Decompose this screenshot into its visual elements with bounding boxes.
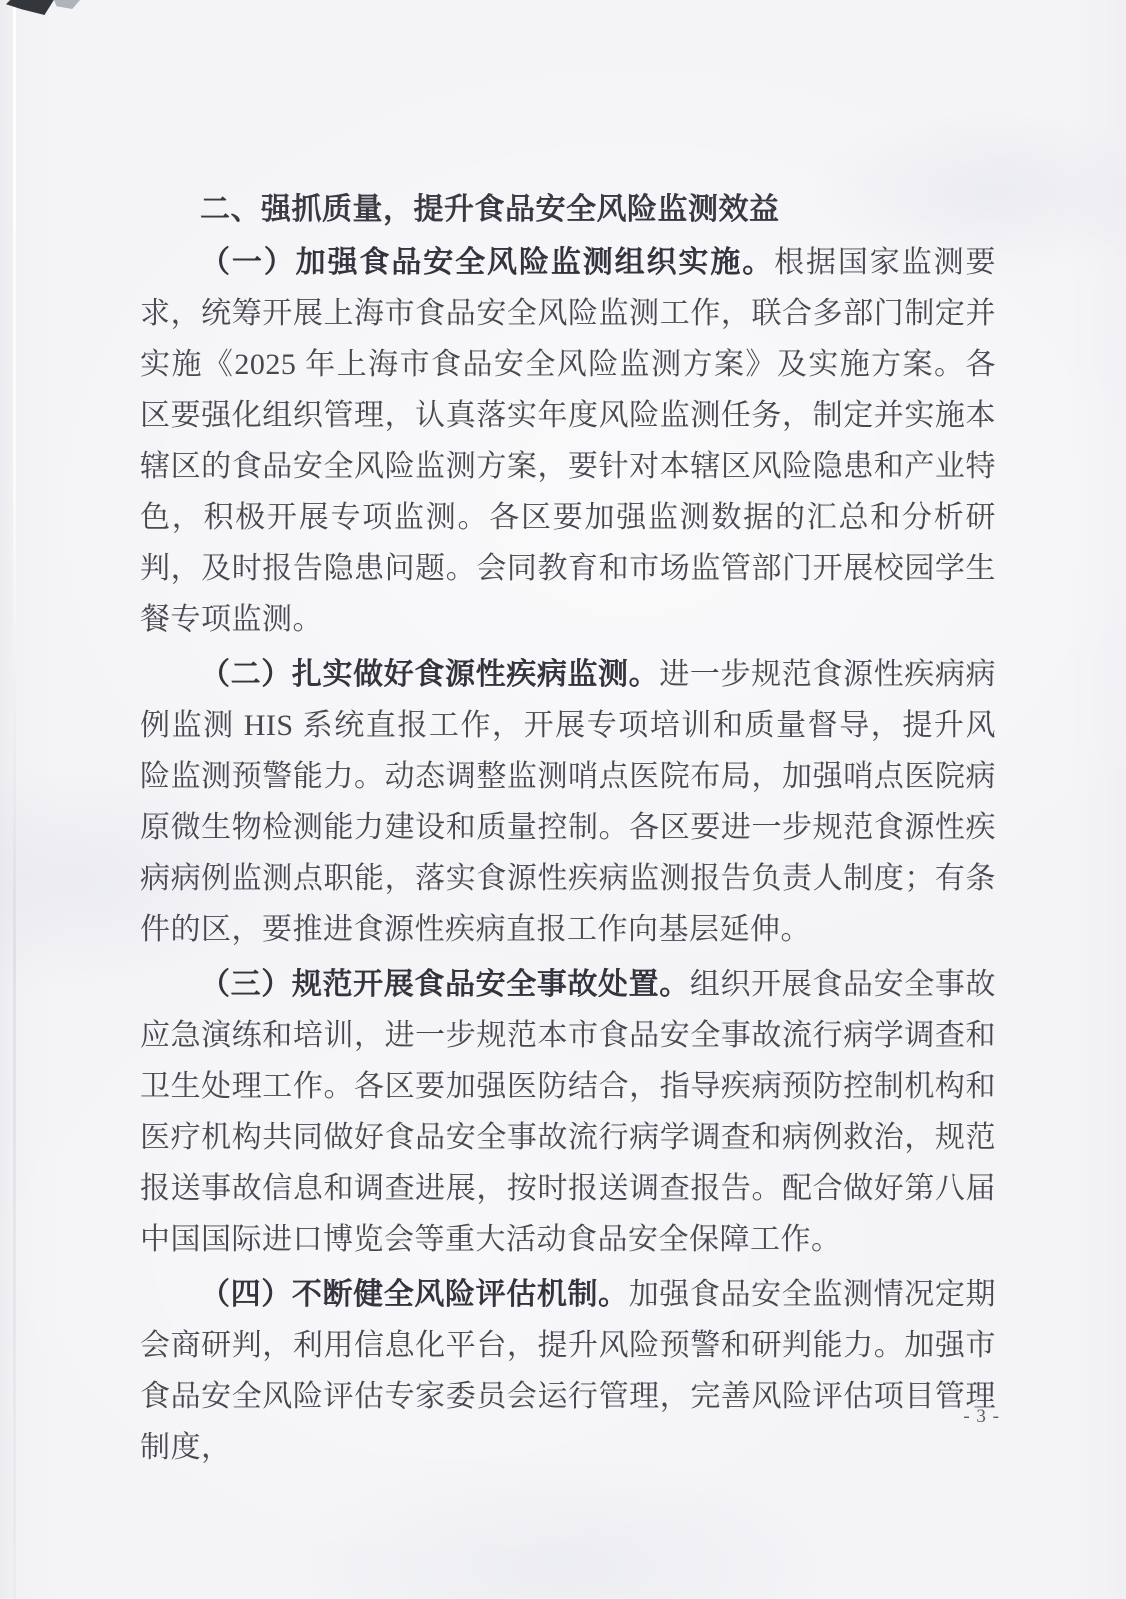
paragraph-item-4: （四）不断健全风险评估机制。加强食品安全监测情况定期会商研判，利用信息化平台，提… <box>140 1269 996 1473</box>
paper-crease <box>13 0 16 1599</box>
paragraph-item-1: （一）加强食品安全风险监测组织实施。根据国家监测要求，统筹开展上海市食品安全风险… <box>140 237 996 645</box>
paragraph-item-3: （三）规范开展食品安全事故处置。组织开展食品安全事故应急演练和培训，进一步规范本… <box>140 959 996 1265</box>
paragraph-1-text: 根据国家监测要求，统筹开展上海市食品安全风险监测工作，联合多部门制定并实施《20… <box>140 246 996 636</box>
paragraph-2-lead: （二）扎实做好食源性疾病监测。 <box>200 658 659 691</box>
paragraph-3-text: 组织开展食品安全事故应急演练和培训，进一步规范本市食品安全事故流行病学调查和卫生… <box>140 968 996 1256</box>
document-body: 二、强抓质量，提升食品安全风险监测效益 （一）加强食品安全风险监测组织实施。根据… <box>140 184 996 1473</box>
section-heading: 二、强抓质量，提升食品安全风险监测效益 <box>140 184 996 236</box>
paragraph-2-text: 进一步规范食源性疾病病例监测 HIS 系统直报工作，开展专项培训和质量督导，提升… <box>140 658 996 946</box>
paragraph-1-lead: （一）加强食品安全风险监测组织实施。 <box>200 246 774 279</box>
scanned-document-page: 二、强抓质量，提升食品安全风险监测效益 （一）加强食品安全风险监测组织实施。根据… <box>0 0 1126 1599</box>
page-number: - 3 - <box>963 1406 1000 1428</box>
paragraph-item-2: （二）扎实做好食源性疾病监测。进一步规范食源性疾病病例监测 HIS 系统直报工作… <box>140 649 996 955</box>
scan-corner-smudge <box>54 0 80 9</box>
paragraph-4-lead: （四）不断健全风险评估机制。 <box>200 1278 629 1311</box>
paragraph-3-lead: （三）规范开展食品安全事故处置。 <box>200 968 690 1001</box>
